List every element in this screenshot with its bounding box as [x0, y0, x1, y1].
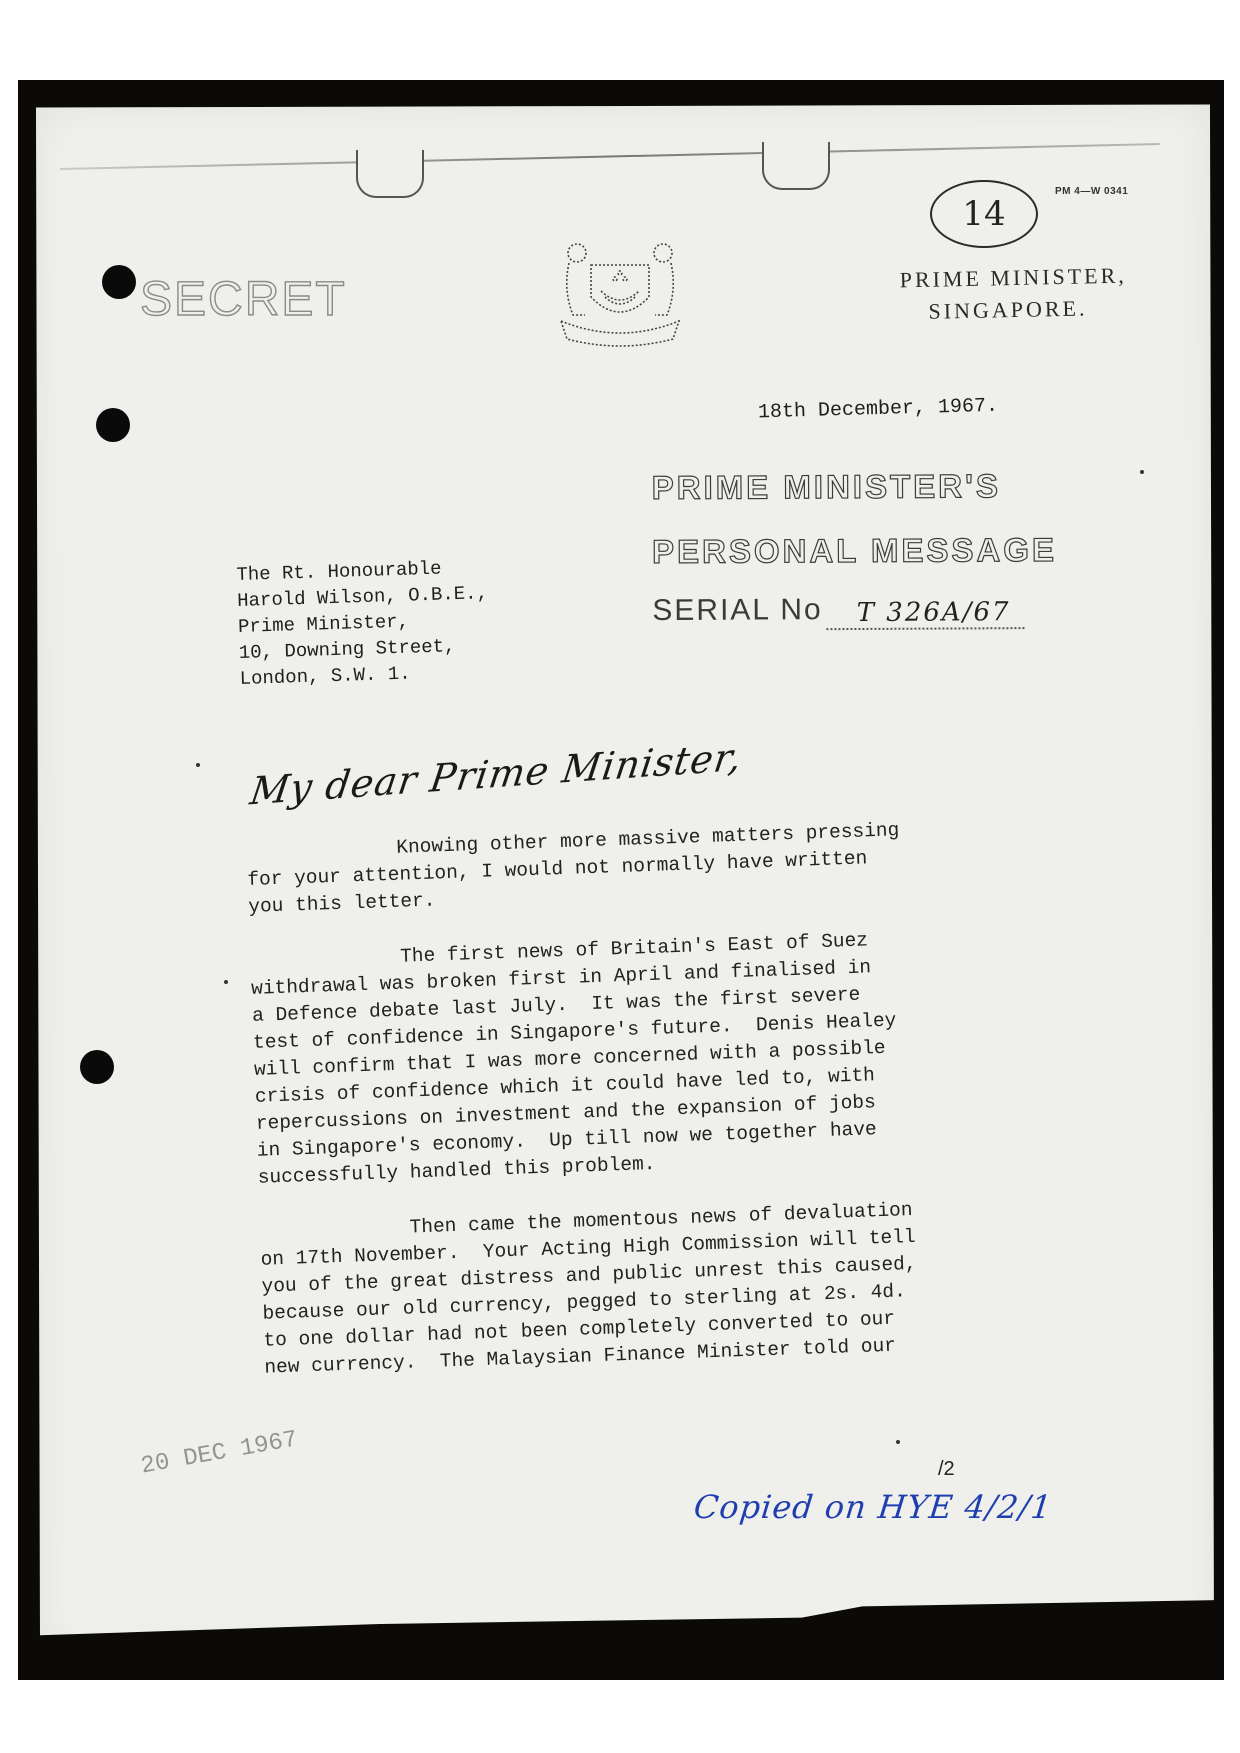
file-folio-number: 14 [930, 180, 1038, 248]
form-code: PM 4—W 0341 [1055, 186, 1128, 197]
singapore-coat-of-arms-icon [555, 235, 685, 350]
handwritten-copied-note: Copied on HYE 4/2/1 [692, 1488, 1054, 1526]
punch-hole-top [102, 265, 136, 299]
punch-hole-bottom [80, 1050, 114, 1084]
serial-number-value: T 326A/67 [827, 597, 1025, 630]
stamp-line-1: PRIME MINISTER'S [652, 461, 1057, 527]
letterhead: PRIME MINISTER, SINGAPORE. [899, 260, 1127, 329]
serial-label: SERIAL No [652, 590, 823, 631]
letterhead-line-1: PRIME MINISTER, [899, 260, 1127, 297]
recipient-address: The Rt. Honourable Harold Wilson, O.B.E.… [236, 554, 491, 692]
scan-speck [1140, 470, 1144, 474]
scan-speck [196, 763, 200, 767]
secret-classification-stamp: SECRET [140, 272, 347, 327]
serial-number-row: SERIAL No T 326A/67 [652, 589, 1057, 631]
scan-speck [896, 1440, 900, 1444]
stamp-line-2: PERSONAL MESSAGE [652, 525, 1057, 591]
letter-body: Knowing other more massive matters press… [246, 813, 1025, 1409]
scan-speck [224, 980, 228, 984]
personal-message-stamp: PRIME MINISTER'S PERSONAL MESSAGE SERIAL… [652, 461, 1058, 631]
paragraph-3: Then came the momentous news of devaluat… [259, 1193, 1024, 1381]
file-tab-notch-right [762, 142, 830, 190]
paragraph-2: The first news of Britain's East of Suez… [250, 922, 1018, 1191]
page-continuation-marker: /2 [938, 1458, 955, 1481]
letterhead-line-2: SINGAPORE. [900, 292, 1128, 329]
punch-hole-middle [96, 408, 130, 442]
file-tab-notch-left [356, 150, 424, 198]
